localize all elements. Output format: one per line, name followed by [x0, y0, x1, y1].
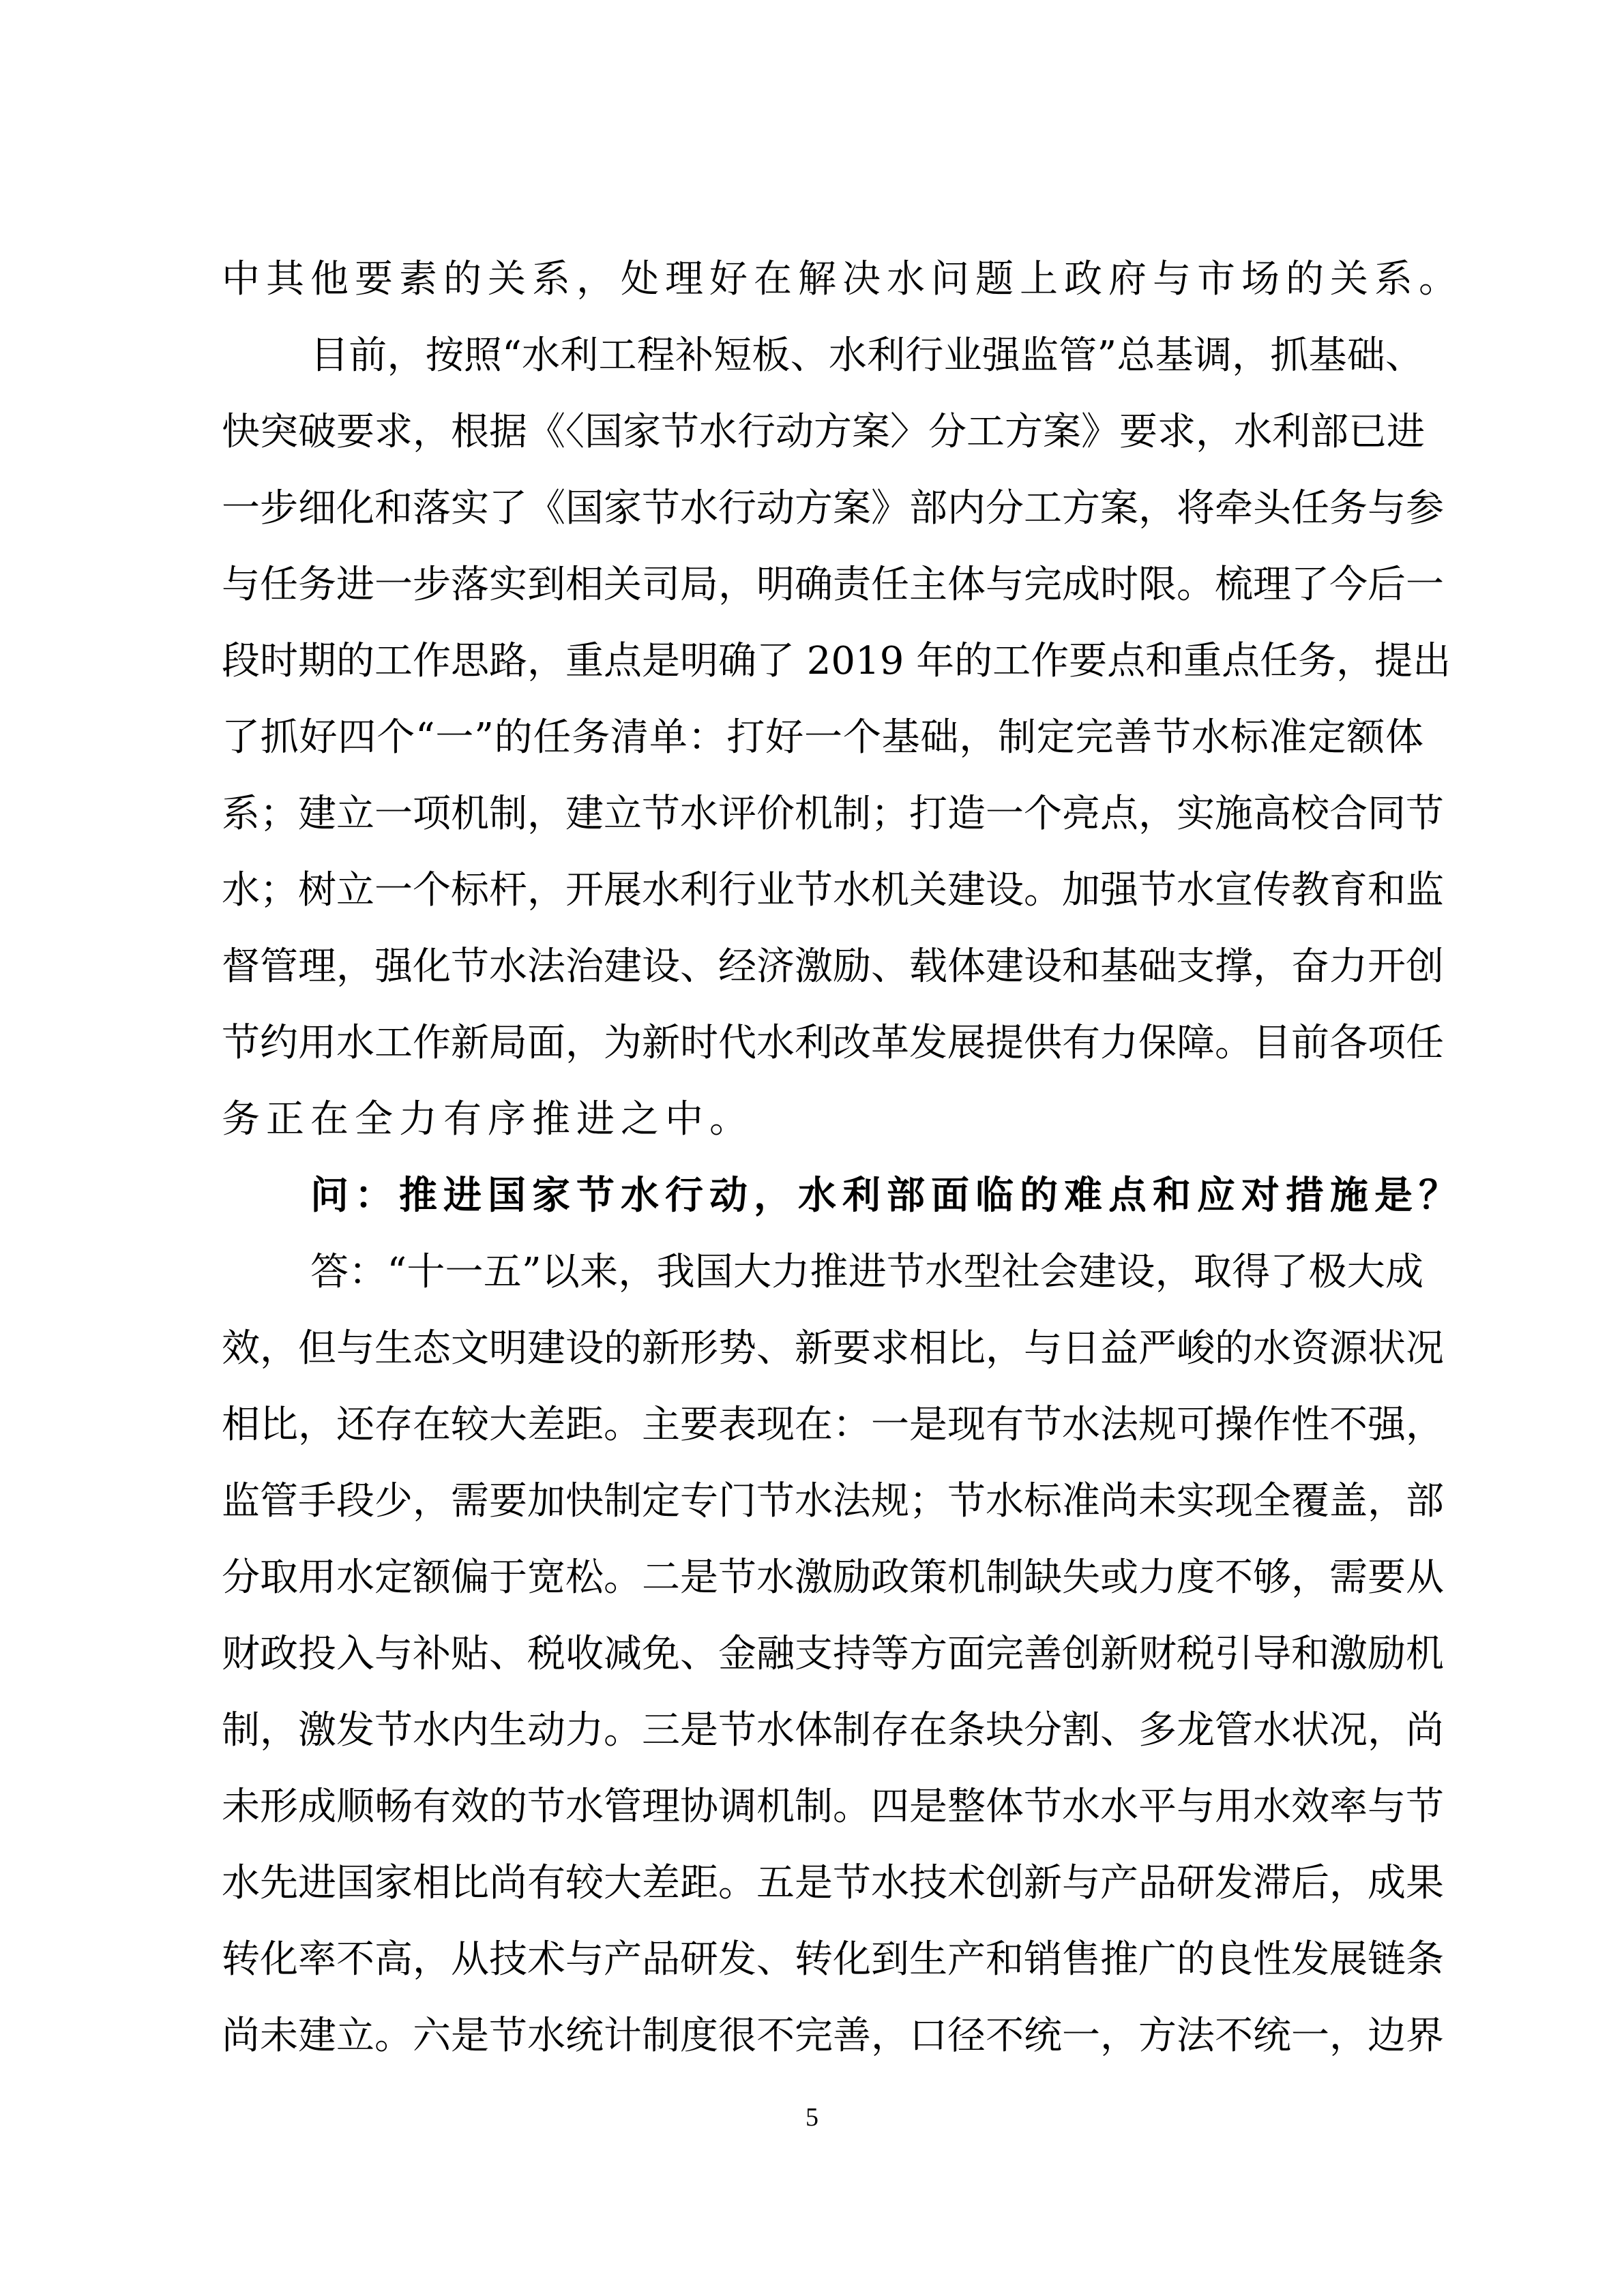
page-number: 5	[0, 2100, 1624, 2134]
text-line: 段时期的工作思路，重点是明确了 2019 年的工作要点和重点任务，提出	[222, 636, 1423, 712]
text-line: 制，激发节水内生动力。三是节水体制存在条块分割、多龙管水状况，尚	[222, 1705, 1423, 1781]
document-body: 中其他要素的关系，处理好在解决水问题上政府与市场的关系。 目前，按照“水利工程补…	[222, 254, 1423, 2087]
text-line: 尚未建立。六是节水统计制度很不完善，口径不统一，方法不统一，边界	[222, 2010, 1423, 2087]
text-line: 水；树立一个标杆，开展水利行业节水机关建设。加强节水宣传教育和监	[222, 865, 1423, 941]
text-line: 转化率不高，从技术与产品研发、转化到生产和销售推广的良性发展链条	[222, 1934, 1423, 2010]
text-line: 务正在全力有序推进之中。	[222, 1094, 1423, 1170]
text-line: 系；建立一项机制，建立节水评价机制；打造一个亮点，实施高校合同节	[222, 788, 1423, 865]
text-line: 与任务进一步落实到相关司局，明确责任主体与完成时限。梳理了今后一	[222, 559, 1423, 636]
text-line: 水先进国家相比尚有较大差距。五是节水技术创新与产品研发滞后，成果	[222, 1858, 1423, 1934]
answer-first-line: 答：“十一五”以来，我国大力推进节水型社会建设，取得了极大成	[222, 1247, 1423, 1323]
text-line: 节约用水工作新局面，为新时代水利改革发展提供有力保障。目前各项任	[222, 1017, 1423, 1094]
text-line: 分取用水定额偏于宽松。二是节水激励政策机制缺失或力度不够，需要从	[222, 1552, 1423, 1628]
question-heading: 问：推进国家节水行动，水利部面临的难点和应对措施是？	[222, 1170, 1423, 1247]
text-line: 了抓好四个“一”的任务清单：打好一个基础，制定完善节水标准定额体	[222, 712, 1423, 788]
paragraph-first-line: 目前，按照“水利工程补短板、水利行业强监管”总基调，抓基础、	[222, 330, 1423, 406]
text-line: 快突破要求，根据《〈国家节水行动方案〉分工方案》要求，水利部已进	[222, 406, 1423, 483]
text-line: 财政投入与补贴、税收减免、金融支持等方面完善创新财税引导和激励机	[222, 1628, 1423, 1705]
text-line: 一步细化和落实了《国家节水行动方案》部内分工方案，将牵头任务与参	[222, 483, 1423, 559]
text-line: 未形成顺畅有效的节水管理协调机制。四是整体节水水平与用水效率与节	[222, 1781, 1423, 1858]
text-line: 监管手段少，需要加快制定专门节水法规；节水标准尚未实现全覆盖，部	[222, 1476, 1423, 1552]
text-line: 相比，还存在较大差距。主要表现在：一是现有节水法规可操作性不强，	[222, 1399, 1423, 1476]
document-page: 中其他要素的关系，处理好在解决水问题上政府与市场的关系。 目前，按照“水利工程补…	[0, 0, 1624, 2296]
text-line: 督管理，强化节水法治建设、经济激励、载体建设和基础支撑，奋力开创	[222, 941, 1423, 1017]
text-line: 中其他要素的关系，处理好在解决水问题上政府与市场的关系。	[222, 254, 1423, 330]
text-line: 效，但与生态文明建设的新形势、新要求相比，与日益严峻的水资源状况	[222, 1323, 1423, 1399]
